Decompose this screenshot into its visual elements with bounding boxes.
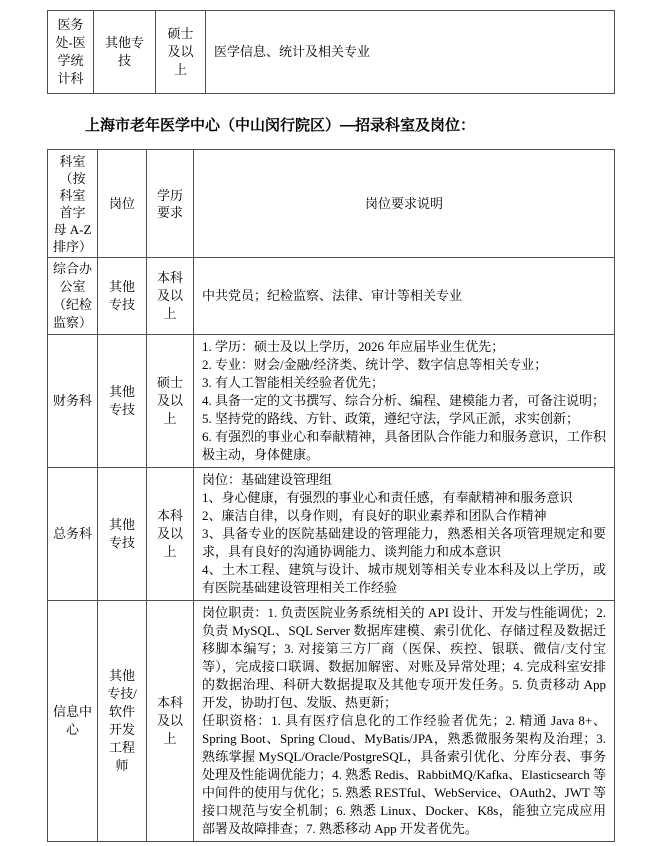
header-department: 科室 （按 科室 首字 母 A-Z 排序） — [48, 150, 98, 258]
education-cell: 本科 及以 上 — [147, 258, 194, 335]
table-row: 财务科 其他 专技 硕士 及以 上 1. 学历：硕士及以上学历，2026 年应届… — [48, 335, 615, 468]
header-position: 岗位 — [98, 150, 147, 258]
header-education: 学历 要求 — [147, 150, 194, 258]
education-cell: 硕士 及以 上 — [156, 11, 206, 94]
requirements-cell: 1. 学历：硕士及以上学历，2026 年应届毕业生优先； 2. 专业：财会/金融… — [194, 335, 615, 468]
table-row: 信息中 心 其他 专技/ 软件 开发 工程 师 本科 及以 上 岗位职责：1. … — [48, 601, 615, 842]
document-page: 医务 处-医 学统 计科 其他专 技 硕士 及以 上 医学信息、统计及相关专业 … — [0, 0, 656, 846]
requirements-cell: 岗位职责：1. 负责医院业务系统相关的 API 设计、开发与性能调优；2. 负责… — [194, 601, 615, 842]
requirements-cell: 医学信息、统计及相关专业 — [206, 11, 615, 94]
requirements-cell: 岗位：基础建设管理组 1、身心健康，有强烈的事业心和责任感，有奉献精神和服务意识… — [194, 468, 615, 601]
table-row: 综合办 公室 （纪检 监察） 其他 专技 本科 及以 上 中共党员；纪检监察、法… — [48, 258, 615, 335]
education-cell: 本科 及以 上 — [147, 601, 194, 842]
position-cell: 其他 专技 — [98, 335, 147, 468]
table-row: 总务科 其他 专技 本科 及以 上 岗位：基础建设管理组 1、身心健康，有强烈的… — [48, 468, 615, 601]
education-cell: 硕士 及以 上 — [147, 335, 194, 468]
header-requirements: 岗位要求说明 — [194, 150, 615, 258]
table-header-row: 科室 （按 科室 首字 母 A-Z 排序） 岗位 学历 要求 岗位要求说明 — [48, 150, 615, 258]
position-cell: 其他专 技 — [94, 11, 156, 94]
requirements-cell: 中共党员；纪检监察、法律、审计等相关专业 — [194, 258, 615, 335]
recruitment-table: 科室 （按 科室 首字 母 A-Z 排序） 岗位 学历 要求 岗位要求说明 综合… — [47, 149, 615, 842]
department-cell: 总务科 — [48, 468, 98, 601]
department-cell: 医务 处-医 学统 计科 — [48, 11, 94, 94]
department-cell: 财务科 — [48, 335, 98, 468]
position-cell: 其他 专技/ 软件 开发 工程 师 — [98, 601, 147, 842]
previous-table-fragment: 医务 处-医 学统 计科 其他专 技 硕士 及以 上 医学信息、统计及相关专业 — [47, 10, 615, 94]
department-cell: 综合办 公室 （纪检 监察） — [48, 258, 98, 335]
position-cell: 其他 专技 — [98, 258, 147, 335]
position-cell: 其他 专技 — [98, 468, 147, 601]
section-title: 上海市老年医学中心（中山闵行院区）—招录科室及岗位： — [85, 116, 625, 136]
education-cell: 本科 及以 上 — [147, 468, 194, 601]
department-cell: 信息中 心 — [48, 601, 98, 842]
table-row: 医务 处-医 学统 计科 其他专 技 硕士 及以 上 医学信息、统计及相关专业 — [48, 11, 615, 94]
